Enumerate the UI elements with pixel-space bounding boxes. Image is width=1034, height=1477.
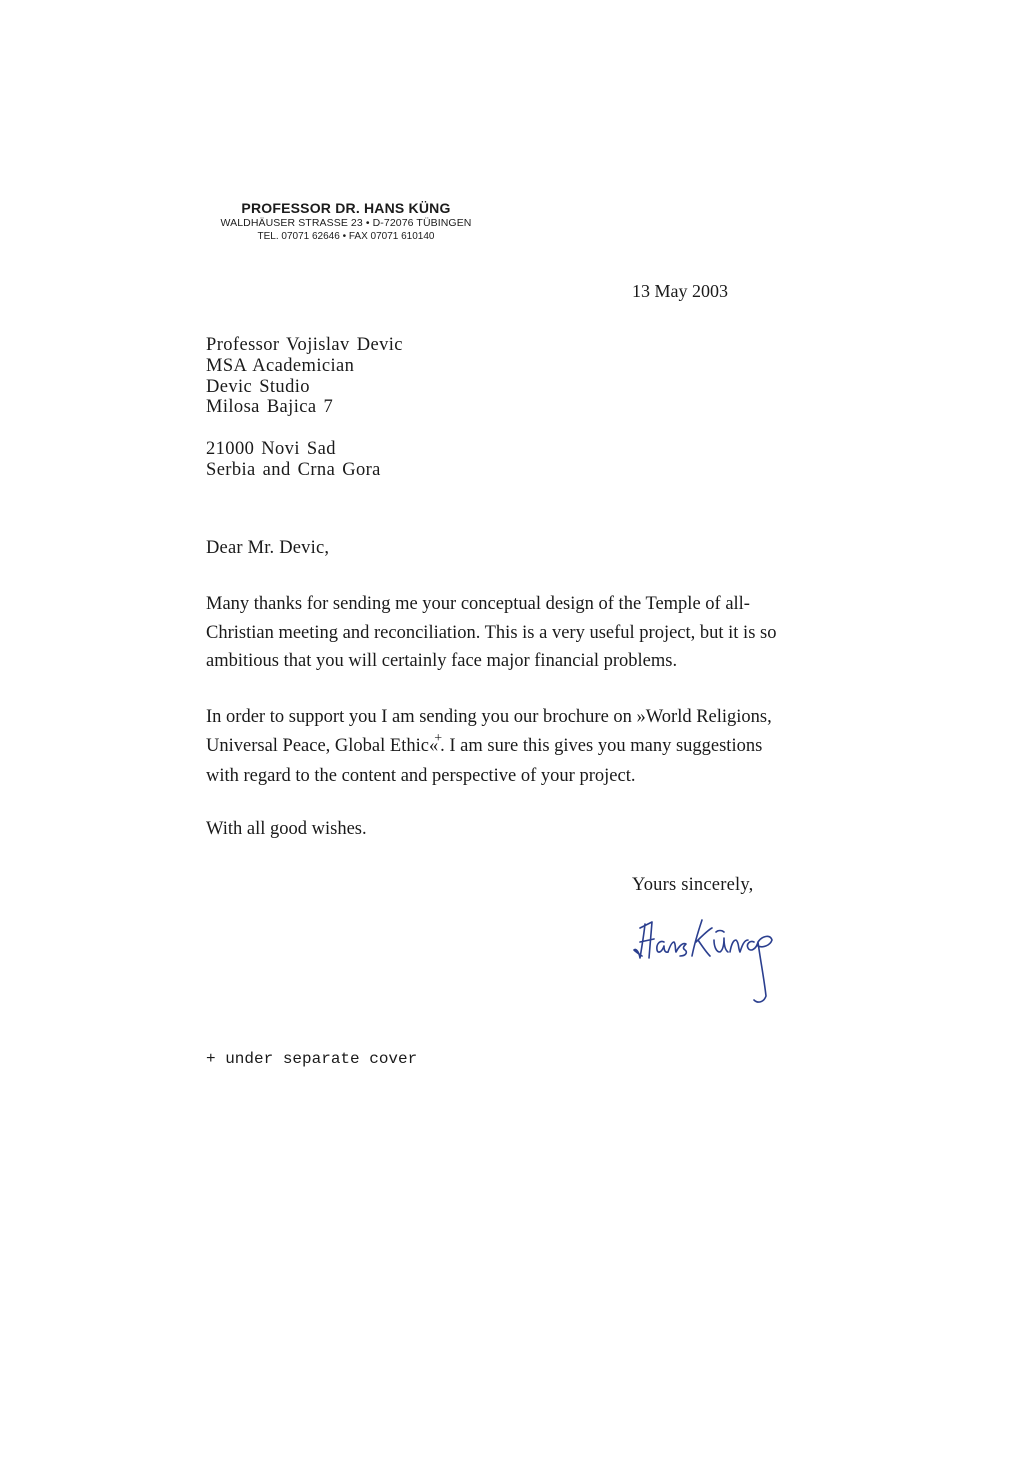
recipient-line: Milosa Bajica 7 bbox=[206, 397, 403, 418]
salutation: Dear Mr. Devic, bbox=[206, 536, 329, 560]
signature-strokes bbox=[630, 912, 810, 1012]
recipient-address: Professor Vojislav Devic MSA Academician… bbox=[206, 335, 403, 481]
paragraph-line: In order to support you I am sending you… bbox=[206, 703, 856, 732]
footnote: + under separate cover bbox=[206, 1049, 417, 1069]
paragraph-text: Universal Peace, Global Ethic« bbox=[206, 736, 438, 756]
letterhead-address: WALDHÄUSER STRASSE 23 • D-72076 TÜBINGEN bbox=[200, 217, 492, 230]
paragraph-line: with regard to the content and perspecti… bbox=[206, 762, 856, 791]
letter-date: 13 May 2003 bbox=[632, 280, 728, 302]
address-gap bbox=[206, 418, 403, 439]
recipient-city-line: 21000 Novi Sad bbox=[206, 439, 403, 460]
recipient-line: Professor Vojislav Devic bbox=[206, 335, 403, 356]
signature-icon bbox=[630, 912, 810, 1012]
letterhead-name: PROFESSOR DR. HANS KÜNG bbox=[200, 200, 492, 217]
closing-wish: With all good wishes. bbox=[206, 817, 367, 841]
valediction: Yours sincerely, bbox=[632, 873, 753, 897]
letterhead-phone: TEL. 07071 62646 • FAX 07071 610140 bbox=[200, 230, 492, 243]
paragraph-line: Universal Peace, Global Ethic«+. I am su… bbox=[206, 732, 856, 763]
paragraph-text: . I am sure this gives you many suggesti… bbox=[440, 736, 762, 756]
body-paragraph-2: In order to support you I am sending you… bbox=[206, 703, 856, 791]
letterhead: PROFESSOR DR. HANS KÜNG WALDHÄUSER STRAS… bbox=[200, 200, 492, 243]
body-paragraph-1: Many thanks for sending me your conceptu… bbox=[206, 590, 856, 676]
recipient-line: MSA Academician bbox=[206, 356, 403, 377]
footnote-marker: + bbox=[434, 731, 442, 746]
paragraph-line: Many thanks for sending me your conceptu… bbox=[206, 590, 856, 619]
recipient-country-line: Serbia and Crna Gora bbox=[206, 460, 403, 481]
recipient-line: Devic Studio bbox=[206, 377, 403, 398]
paragraph-line: Christian meeting and reconciliation. Th… bbox=[206, 619, 856, 648]
paragraph-line: ambitious that you will certainly face m… bbox=[206, 647, 856, 676]
